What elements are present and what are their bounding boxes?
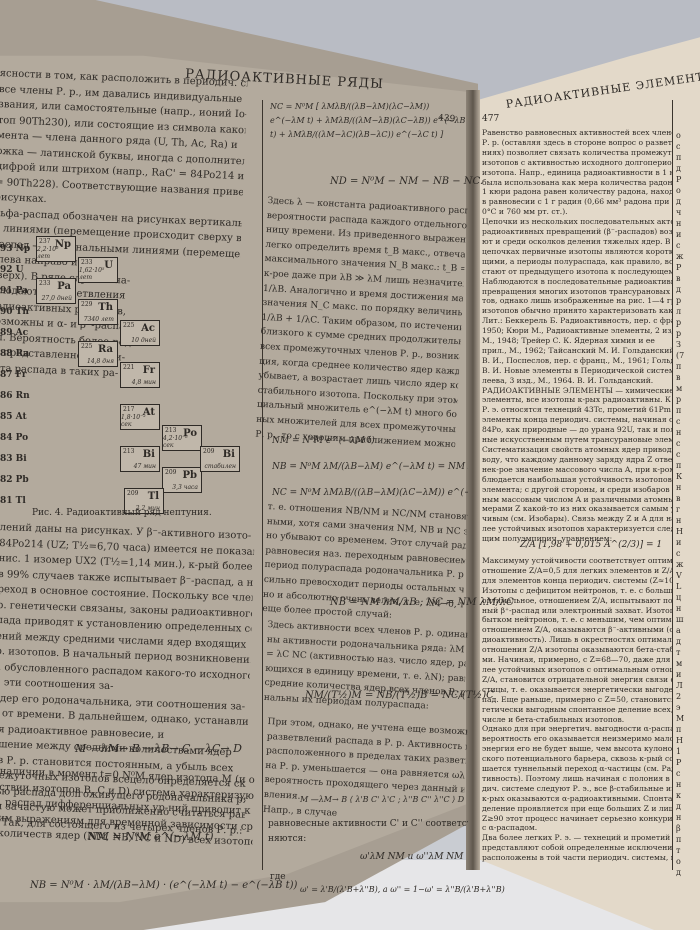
nuclide-half-life: 7340 лет [84,316,114,323]
text-line: т [676,845,700,856]
text-line: оптимальное, отношением Z/A, испытывают … [482,596,672,606]
text-line: тивность). Поэтому лишь начиная с полони… [482,774,672,784]
text-line: элемента; с другой стороны, и среди изоб… [482,485,672,495]
text-line: для элементов конца периодич. системы (Z… [482,576,672,586]
nuclide-mass: 221 [123,364,134,371]
text-line: 1 [676,746,700,757]
text-line: шается туннельный переход α-частицы (см.… [482,764,672,774]
nuclide-symbol: Bi [223,449,235,460]
nuclide-half-life: стабилен [205,463,236,470]
text-line: Н [676,526,700,537]
text-line: п [676,361,700,372]
text-line: ч [676,207,700,218]
text-line: Наблюдаются в последовательные радиоакти… [482,277,672,287]
text-line: с [676,141,700,152]
text-line: и [676,537,700,548]
element-row-label: 85 At [0,412,27,422]
text-line: д [676,196,700,207]
text-line: элементы конца периодич. системы, начина… [482,415,672,425]
element-row-label: 86 Rn [0,391,30,401]
nuclide-box-th-229: 229Th7340 лет [78,299,118,325]
text-line: превращения многих изотопов трансурановы… [482,287,672,297]
right-column-1-part-b: Максимуму устойчивости соответствует опт… [482,556,672,863]
text-line: Р [676,757,700,768]
text-line: В. И., Поспеслов, пер. с франц., М., 196… [482,356,672,366]
formula-nm: NM = N⁰M e^(−λM t) [88,830,214,843]
text-line: представляют собой определенные исключен… [482,843,672,853]
text-line: леева, 3 изд., М., 1964. В. И. Гольданск… [482,376,672,386]
element-row-label: 84 Po [0,433,28,443]
text-line: изотопов обычно принято характеризовать … [482,306,672,316]
text-line: Изотопы с дефицитом нейтронов, т. е. с б… [482,586,672,596]
text-line: о [676,856,700,867]
text-line: д [676,801,700,812]
text-line: блюдается наибольшая устойчивость изотоп… [482,475,672,485]
text-line: деление проявляется при еще больших Z и … [482,804,672,814]
nuclide-half-life: 10 дней [131,337,156,344]
text-line: изотопа. Напр., единица радиоактивности … [482,168,672,178]
text-line: ниях) позволяет связать количества проме… [482,148,672,158]
text-line: ц [676,592,700,603]
text-line: ш [676,614,700,625]
nuclide-half-life: 47 мин [134,463,156,470]
text-line: ным массовым числом A и различными атомн… [482,495,672,505]
stability-formula: Z/A [1,98 + 0,015 A^(2/3)] = 1 [520,540,662,550]
text-line: Z/A, становится отрицательной энергия св… [482,675,672,685]
right-column-1: Равенство равновесных активностей всех ч… [482,128,672,544]
text-line: Р [676,262,700,273]
left-column-2-part-c: Здесь активности всех членов Р. р. одина… [263,618,467,716]
element-row-label: 89 Ac [0,328,28,338]
element-row-label: 90 Th [0,307,29,317]
text-line: о [676,130,700,141]
text-line: энергия его не будет выше, чем высота ку… [482,744,672,754]
text-line: Н [676,735,700,746]
nuclide-mass: 225 [81,343,92,350]
text-line: м [676,383,700,394]
text-line: бытком нейтронов, т. е. с меньшим, чем о… [482,615,672,625]
text-line: в [676,273,700,284]
left-column-2-part-d: При этом, однако, не учтена еще возможно… [263,715,468,827]
nuclide-box-ac-225: 225Ac10 дней [120,320,160,346]
text-line: воду, что каждому данному заряду ядра Z … [482,455,672,465]
text-line: лее устойчивых изотопов с оптимальным от… [482,665,672,675]
formula-nb: NB = N⁰M · λM/(λB−λM) · (e^(−λM t) − e^(… [30,880,297,891]
text-line: к-рых оказываются α-радиоактивными. Спон… [482,794,672,804]
text-line: а [676,625,700,636]
text-line: р [676,394,700,405]
left-column-2-equations: NM = N⁰M e^(−λM t)NB = N⁰M λM/(λB−λM) e^… [272,428,468,506]
text-line: Р [676,174,700,185]
text-line: элементы, все изотопы к-рых радиоактивны… [482,395,672,405]
text-line: д [676,867,700,878]
nuclide-symbol: Bi [143,449,155,460]
nuclide-box-np-237: 237Np2,2·10⁶ лет [36,236,76,262]
text-line: няются: [268,832,468,847]
nuclide-half-life: 4,2·10⁻⁶ сек [163,435,198,449]
nuclide-half-life: 1,62·10⁵ лет [79,267,114,281]
left-column-rule [262,100,263,870]
text-line: мерами Z какой-то из них оказывается сам… [482,504,672,514]
text-line: ского потенциального барьера, сквозь к-р… [482,754,672,764]
text-line: с [676,768,700,779]
text-line: Л [676,680,700,691]
text-line: отношение Z/A=0,5 для легких элементов и… [482,566,672,576]
text-line: ные искусственным путем трансурановые эл… [482,435,672,445]
text-line: 0°С и 760 мм рт. ст.). [482,207,672,217]
book-gutter [466,90,480,870]
text-line: лее устойчивых изотопов характеризуется … [482,524,672,534]
text-line: 2 [676,691,700,702]
nuclide-mass: 213 [165,427,176,434]
text-line: К [676,471,700,482]
text-line: с [676,438,700,449]
text-line: В. И. Новые элементы в Периодической сис… [482,366,672,376]
nuclide-half-life: 2,2·10⁶ лет [37,246,72,260]
text-line: д [676,636,700,647]
text-line: н [676,779,700,790]
nuclide-mass: 209 [165,469,176,476]
nuclide-symbol: Tl [148,491,159,502]
text-line: л [676,306,700,317]
text-line: н [676,218,700,229]
text-line: 1 кюри радона равен количеству радона, н… [482,187,672,197]
text-line: V [676,570,700,581]
text-line: щими, а периоды полураспада, как правило… [482,257,672,267]
text-line: ж [676,559,700,570]
text-line: Равенство равновесных активностей всех ч… [482,128,672,138]
element-row-label: 88 Ra [0,349,29,359]
text-line: стицы, т. е. оказывается энергетически в… [482,685,672,695]
text-line: дич. системе следуют Р. э., все β-стабил… [482,784,672,794]
left-column-2-part-e: равновесные активности C' и C'' соответс… [268,817,468,846]
formula-branch-activities: ω'λM NM и ω''λM NM [360,852,463,862]
text-line: п [676,152,700,163]
nuclide-symbol: Pa [57,281,71,292]
where-label: где [270,870,286,886]
nuclide-mass: 233 [81,259,92,266]
nuclide-box-pa-233: 233Pa27,0 дней [36,278,76,304]
text-line: чивым (см. Изобары). Связь между Z и A д… [482,514,672,524]
text-line: отношением Z/A, оказываются β⁻-активными… [482,625,672,635]
nuclide-symbol: Ra [98,344,113,355]
nuclide-mass: 209 [203,448,214,455]
text-line: диоактивность). Лишь в окрестностях опти… [482,635,672,645]
nuclide-mass: 217 [123,406,134,413]
text-line: равновесные активности C' и C'' соответс… [268,817,468,832]
text-line: РАДИОАКТИВНЫЕ ЭЛЕМЕНТЫ — химические [482,386,672,396]
text-line: н [676,482,700,493]
nuclide-symbol: Fr [143,365,155,376]
element-row-label: 81 Tl [0,496,26,506]
nuclide-box-po-213: 213Po4,2·10⁻⁶ сек [162,425,202,451]
nuclide-box-pb-209: 209Pb3,3 часа [162,467,202,493]
text-line: была использована как мера количества ра… [482,178,672,188]
formula-omega: ω' = λ'B/(λ'B+λ''B), а ω'' = 1−ω' = λ''B… [300,885,505,894]
nuclide-mass: 237 [39,238,50,245]
text-line: ми. Начиная, примерно, с Z=68—70, даже д… [482,655,672,665]
text-line: Цепочки из нескольких последовательных а… [482,217,672,227]
text-line: Лит.: Беккерель Б. Радиоактивность, пер.… [482,316,672,326]
right-column-2-partial: оспдРодчнисжРвдрлррЗ(7пвмрпснсспКнвгнНис… [676,130,700,878]
text-line: пад. Еще раньше, примерно с Z=50, станов… [482,695,672,705]
text-line: ж [676,251,700,262]
text-line: Р. р. (оставляя здесь в стороне вопрос о… [482,138,672,148]
text-line: э [676,702,700,713]
neptunium-series-figure: 93 Np92 U91 Pa90 Th89 Ac88 Ra87 Fr86 Rn8… [0,230,240,520]
text-line: Систематизация свойств атомных ядер прив… [482,445,672,455]
nuclide-mass: 225 [123,322,134,329]
text-line: L [676,581,700,592]
equation-line: NM = N⁰M e^(−λM t) [272,428,468,454]
text-line: Однако для при энергетич. выгодности α-р… [482,724,672,734]
text-line: цепочках первичные изотопы являются коро… [482,247,672,257]
text-line: н [676,812,700,823]
nuclide-box-bi-209: 209Biстабилен [200,446,240,472]
text-line: и [676,669,700,680]
text-line: 1950; Кюри М., Радиоактивные элементы, 2… [482,326,672,336]
nuclide-half-life: 27,0 дней [42,295,72,302]
branching-diagram: M —λM→ B ⟨ λ'B C' λ'C ; λ''B C'' λ''C ⟩ … [300,795,464,804]
text-line: ют и среди осколков деления тяжелых ядер… [482,237,672,247]
nuclide-box-ra-225: 225Ra14,8 дня [78,341,118,367]
text-line: п [676,724,700,735]
text-line: тов, однако лишь изображенные на рис. 1—… [482,296,672,306]
right-page-number: 477 [482,112,499,128]
text-line: М [676,713,700,724]
text-line: к [676,790,700,801]
text-line: н [676,603,700,614]
formula-nc: NC = N⁰M [ λMλB/((λB−λM)(λC−λM)) e^(−λM … [270,100,466,172]
text-line: З [676,339,700,350]
nuclide-box-at-217: 217At1,8·10⁻² сек [120,404,160,430]
text-line: п [676,834,700,845]
nuclide-box-bi-213: 213Bi47 мин [120,446,160,472]
text-line: п [676,460,700,471]
text-line: т [676,647,700,658]
element-row-label: 91 Pa [0,286,28,296]
figure-caption: Рис. 4. Радиоактивный ряд нептуния. [32,508,212,518]
text-line: гетически выгодным спонтанное деление вс… [482,705,672,715]
text-line: расположены в той части периодич. систем… [482,853,672,863]
formula-nd: ND = N⁰M − NM − NB − NC. [330,176,483,187]
text-line: Z≥90 этот процесс начинает серьезно конк… [482,814,672,824]
nuclide-symbol: Pb [182,470,197,481]
nuclide-box-fr-221: 221Fr4,8 мин [120,362,160,388]
text-line: с [676,240,700,251]
text-line: нек-рое значение массового числа A, при … [482,465,672,475]
text-line: радиоактивных превращений (β⁻-распадов) … [482,227,672,237]
equation-line: NB = N⁰M λM/(λB−λM) e^(−λM t) = NM λM/(λ… [272,454,468,480]
nuclide-mass: 209 [127,490,138,497]
text-line: М., 1948; Трейер С. К. Ядерная химия и е… [482,336,672,346]
text-line: н [676,427,700,438]
text-line: отношения Z/A изотопы оказываются бета-с… [482,645,672,655]
text-line: р [676,317,700,328]
right-column-rule [672,100,673,870]
nuclide-half-life: 14,8 дня [87,358,114,365]
text-line: и [676,229,700,240]
element-row-label: 93 Np [0,244,30,254]
nuclide-half-life: 1,8·10⁻² сек [121,414,156,428]
text-line: д [676,163,700,174]
nuclide-half-life: 4,8 мин [132,379,156,386]
text-line: Максимуму устойчивости соответствует опт… [482,556,672,566]
text-line: р [676,295,700,306]
text-line: β [676,823,700,834]
element-row-label: 82 Pb [0,475,29,485]
text-line: стают от предыдущего изотопа к последующ… [482,267,672,277]
nuclide-box-u-233: 233U1,62·10⁵ лет [78,257,118,283]
formula-half-life-ratio: NM/(T½)M = NB/(T½)B = NC/(T½)C [305,690,494,701]
text-line: д [676,284,700,295]
text-line: в [676,493,700,504]
text-line: ный β⁺-распад или электронный захват. Из… [482,606,672,616]
text-line: 84Po, как природные — до урана 92U, так … [482,425,672,435]
nuclide-symbol: Ac [141,323,155,334]
text-line: н [676,515,700,526]
text-line: с α-распадом. [482,823,672,833]
text-line: вероятность его оказывается неизмеримо м… [482,734,672,744]
element-row-label: 92 U [0,265,24,275]
nuclide-half-life: 3,3 часа [172,484,198,491]
text-line: м [676,658,700,669]
text-line: г [676,504,700,515]
text-line: с [676,449,700,460]
text-line: числе и бета-стабильных изотопов. [482,715,672,725]
text-line: (7 [676,350,700,361]
nuclide-mass: 233 [39,280,50,287]
text-line: р [676,328,700,339]
left-column-2-part-a: Здесь λ — константа радиоактивного распа… [255,194,468,452]
text-line: Два более легких Р. э. — технеций и пром… [482,833,672,843]
nuclide-mass: 229 [81,301,92,308]
nuclide-symbol: Th [98,302,113,313]
text-line: изотопов с активностью исходного долгопе… [482,158,672,168]
text-line: с [676,548,700,559]
element-row-label: 83 Bi [0,454,27,464]
element-row-label: 87 Fr [0,370,27,380]
text-line: п [676,405,700,416]
text-line: в равновесии с 1 г радия (0,66 мм³ радон… [482,197,672,207]
text-line: Р. э. относятся технеций 43Tc, прометий … [482,405,672,415]
decay-chain-formula: M —λM→ B —λB→ C —λC→ D [75,742,242,755]
text-line: прил., М., 1962; Тайсанский М. И. Гольда… [482,346,672,356]
text-line: с [676,416,700,427]
text-line: о [676,185,700,196]
nuclide-mass: 213 [123,448,134,455]
text-line: в [676,372,700,383]
